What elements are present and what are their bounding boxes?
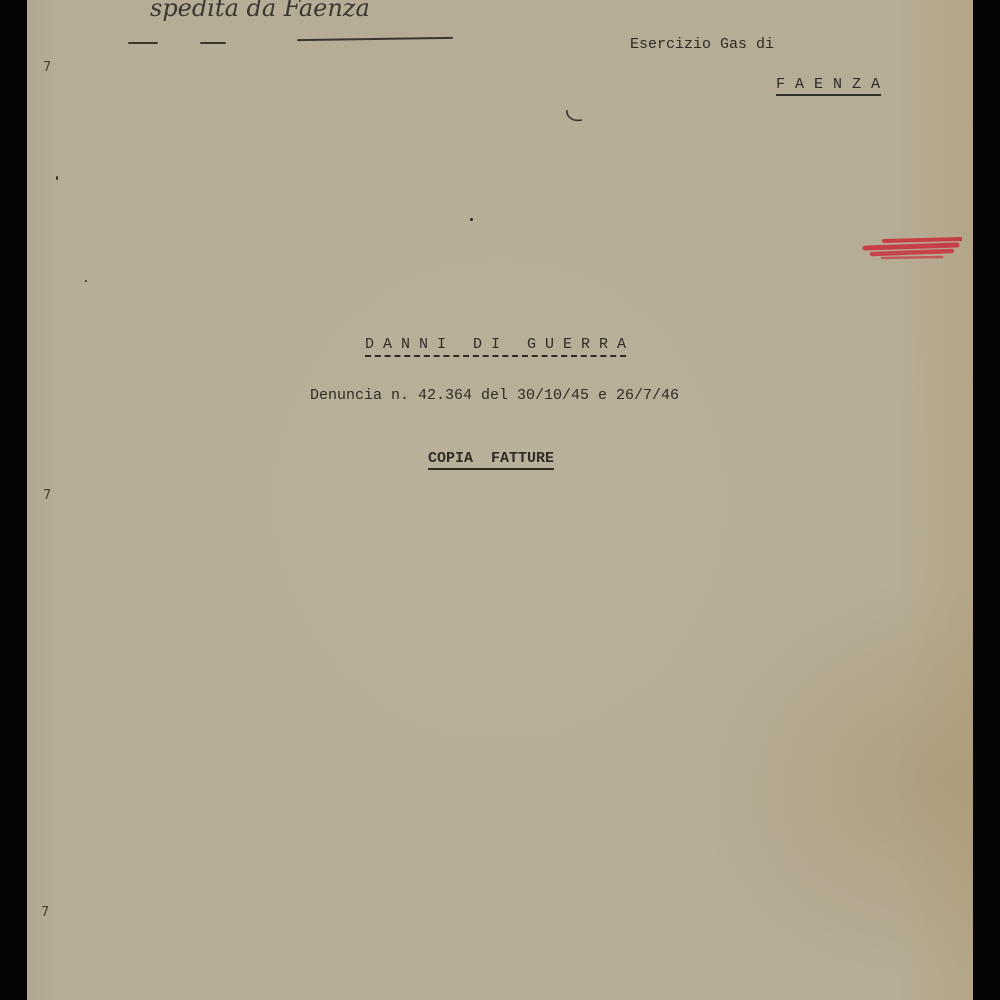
margin-mark: 7 (41, 905, 49, 920)
header-city: F A E N Z A (776, 76, 881, 96)
margin-mark: 7 (43, 60, 51, 75)
margin-mark: 7 (43, 488, 51, 503)
claim-reference: Denuncia n. 42.364 del 30/10/45 e 26/7/4… (310, 387, 679, 404)
handwritten-note: spedita da Faenza (150, 0, 370, 22)
handwritten-underline (200, 42, 226, 44)
document-title: D A N N I D I G U E R R A (365, 336, 626, 357)
document-page: spedita da Faenza Esercizio Gas di F A E… (27, 0, 973, 1000)
handwritten-underline (297, 37, 453, 41)
handwritten-underline (128, 42, 158, 44)
ink-dot (85, 280, 87, 282)
stray-mark (564, 108, 586, 124)
ink-dot (470, 218, 473, 221)
header-line: Esercizio Gas di (630, 36, 774, 53)
ink-dot (56, 176, 58, 180)
red-pencil-mark (862, 236, 962, 262)
section-heading: COPIA FATTURE (428, 450, 554, 470)
